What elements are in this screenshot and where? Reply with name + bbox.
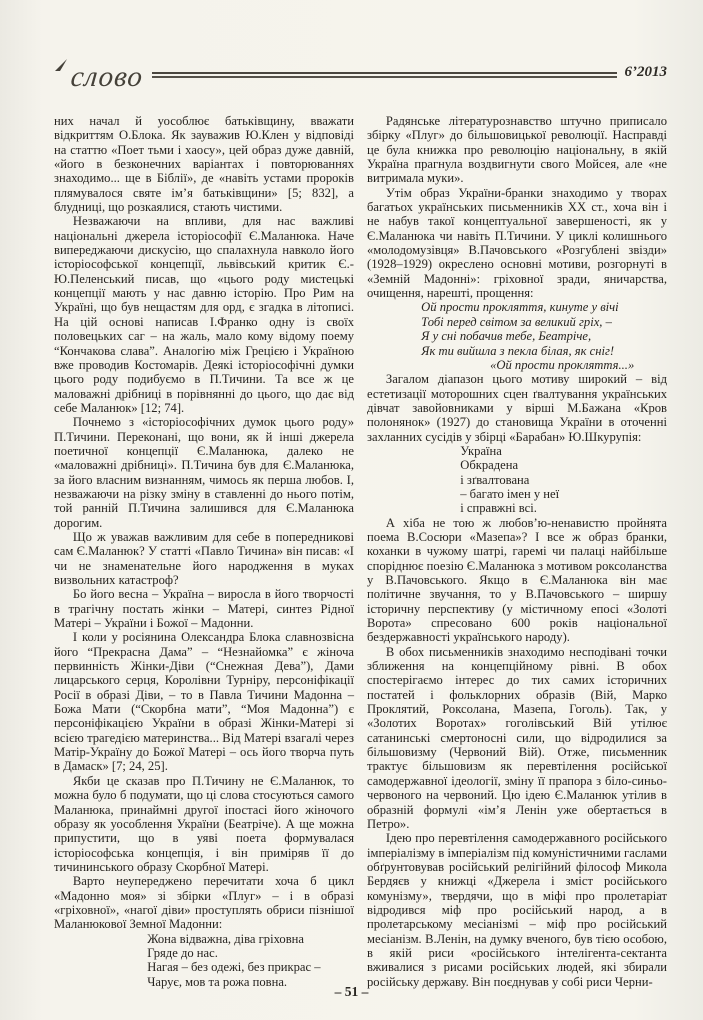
quill-icon [54, 58, 69, 78]
left-column: них начал й уособлює батьківщину, вважат… [54, 114, 354, 996]
paragraph: Ідею про перевтілення самодержавного рос… [367, 831, 667, 989]
verse-block: Ой прости прокляття, кинуте у вічіТобі п… [421, 300, 667, 357]
verse-line: Жона відважна, діва гріховна [147, 932, 354, 946]
right-column: Радянське літературознавство штучно прип… [367, 114, 667, 996]
verse-line: Я у сні побачив тебе, Беатріче, [421, 329, 667, 343]
paragraph: Незважаючи на впливи, для нас важливі на… [54, 214, 354, 415]
paragraph: Варто неупереджено перечитати хоча б цик… [54, 874, 354, 931]
paragraph: Якби це сказав про П.Тичину не Є.Маланюк… [54, 774, 354, 874]
verse-line: Як ти вийшла з пекла білая, як сніг! [421, 344, 667, 358]
verse-line: Обкрадена [460, 458, 667, 472]
verse-line: Ой прости прокляття, кинуте у вічі [421, 300, 667, 314]
issue-number: 6’2013 [625, 64, 668, 81]
page-footer: – 51 – [0, 984, 703, 1000]
verse-line: і справжні всі. [460, 501, 667, 515]
paragraph: І коли у росіянина Олександра Блока слав… [54, 630, 354, 773]
paragraph: Почнемо з «історіософічних думок цього р… [54, 415, 354, 530]
verse-line: Нагая – без одежі, без прикрас – [147, 960, 354, 974]
verse-line: – багато імен у неї [460, 487, 667, 501]
page-number: – 51 – [335, 984, 369, 999]
verse-line: і зґвалтована [460, 473, 667, 487]
paragraph: них начал й уособлює батьківщину, вважат… [54, 114, 354, 214]
paragraph: А хіба не тою ж любов’ю-ненавистю пройня… [367, 516, 667, 645]
paragraph: Утім образ України-бранки знаходимо у тв… [367, 186, 667, 301]
verse-block: УкраїнаОбкраденаі зґвалтована– багато ім… [460, 444, 667, 516]
verse-line: Україна [460, 444, 667, 458]
paragraph: Бо його весна – Україна – виросла в його… [54, 587, 354, 630]
header-rule [152, 72, 617, 78]
paragraph: В обох письменників знаходимо несподіван… [367, 645, 667, 831]
journal-page: слово 6’2013 них начал й уособлює батькі… [0, 0, 703, 1020]
verse-line: Гряде до нас. [147, 946, 354, 960]
page-header: слово 6’2013 [54, 58, 667, 102]
journal-logo-text: слово [69, 62, 144, 92]
verse-block: Жона відважна, діва гріховнаГряде до нас… [147, 932, 354, 989]
paragraph: Радянське літературознавство штучно прип… [367, 114, 667, 186]
paragraph: Загалом діапазон цього мотиву широкий – … [367, 372, 667, 444]
article-body: них начал й уособлює батьківщину, вважат… [54, 114, 667, 996]
verse-attribution: «Ой прости прокляття...» [367, 358, 667, 372]
paragraph: Що ж уважав важливим для себе в попередн… [54, 530, 354, 587]
journal-logo: слово [54, 58, 150, 92]
verse-line: Тобі перед світом за великий гріх, – [421, 315, 667, 329]
